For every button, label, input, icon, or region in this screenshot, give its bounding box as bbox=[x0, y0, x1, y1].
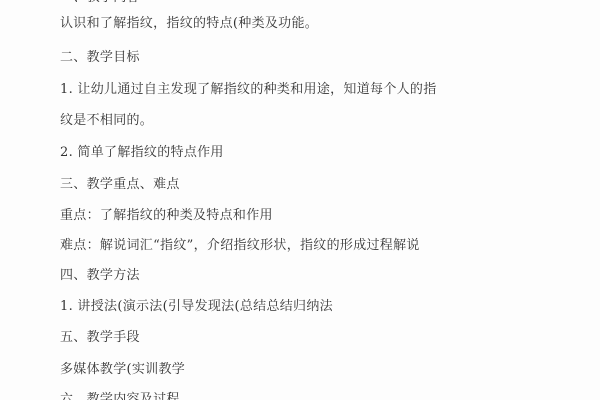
document-page: 一、教学内容 认识和了解指纹，指纹的特点(种类及功能。 二、教学目标 1. 让幼… bbox=[0, 0, 600, 400]
section-heading-3: 三、教学重点、难点 bbox=[60, 177, 180, 193]
difficult-point: 难点：解说词汇“指纹”，介绍指纹形状，指纹的形成过程解说 bbox=[60, 238, 420, 254]
objective-2: 2. 简单了解指纹的特点作用 bbox=[60, 145, 224, 161]
content-line-1: 认识和了解指纹，指纹的特点(种类及功能。 bbox=[60, 16, 318, 32]
section-heading-2: 二、教学目标 bbox=[60, 50, 140, 66]
section-heading-6: 六、教学内容及过程 bbox=[60, 392, 180, 400]
section-heading-5: 五、教学手段 bbox=[60, 330, 140, 346]
section-heading-1: 一、教学内容 bbox=[60, 0, 140, 6]
key-point: 重点：了解指纹的种类及特点和作用 bbox=[60, 208, 273, 224]
method-1: 1. 讲授法(演示法(引导发现法(总结总结归纳法 bbox=[60, 299, 333, 315]
objective-1-line-1: 1. 让幼儿通过自主发现了解指纹的种类和用途，知道每个人的指 bbox=[60, 82, 437, 98]
objective-1-line-2: 纹是不相同的。 bbox=[60, 113, 153, 129]
section-heading-4: 四、教学方法 bbox=[60, 268, 140, 284]
teaching-means: 多媒体教学(实训教学 bbox=[60, 362, 185, 378]
